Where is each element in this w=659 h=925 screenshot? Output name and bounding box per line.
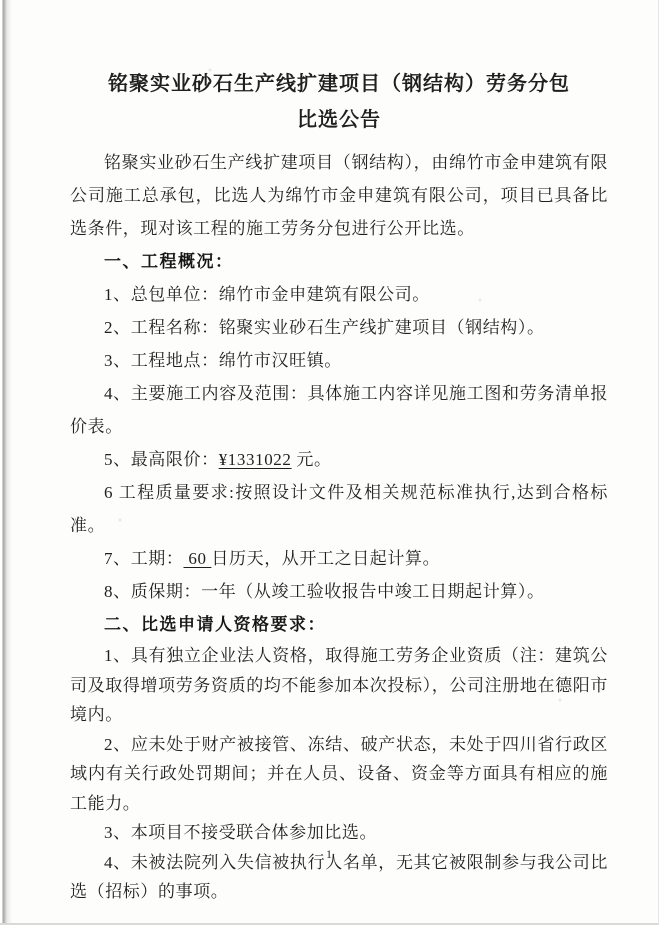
section1-item-quality-requirement: 6 工程质量要求:按照设计文件及相关规范标准执行,达到合格标准。 [70,476,608,542]
price-ceiling-value: ¥1331022 [219,450,292,469]
price-ceiling-suffix: 元。 [292,450,332,469]
document-title-line1: 铭聚实业砂石生产线扩建项目（钢结构）劳务分包 [70,66,608,102]
price-ceiling-label: 5、最高限价： [104,450,219,469]
section1-item-price-ceiling: 5、最高限价：¥1331022 元。 [70,443,608,476]
intro-paragraph: 铭聚实业砂石生产线扩建项目（钢结构），由绵竹市金申建筑有限公司施工总承包，比选人… [70,146,608,245]
section1-item-project-name: 2、工程名称：铭聚实业砂石生产线扩建项目（钢结构）。 [70,311,608,344]
section2-item-no-consortium: 3、本项目不接受联合体参加比选。 [70,818,608,848]
document-title-line2: 比选公告 [70,102,608,138]
section2-heading: 二、比选申请人资格要求： [70,608,608,641]
section1-heading: 一、工程概况： [70,245,608,278]
section1-item-general-contractor: 1、总包单位：绵竹市金申建筑有限公司。 [70,278,608,311]
page-number: 1 [0,847,658,861]
scanned-document-page: 铭聚实业砂石生产线扩建项目（钢结构）劳务分包 比选公告 铭聚实业砂石生产线扩建项… [0,0,659,925]
section1-item-project-location: 3、工程地点：绵竹市汉旺镇。 [70,344,608,377]
document-content: 铭聚实业砂石生产线扩建项目（钢结构）劳务分包 比选公告 铭聚实业砂石生产线扩建项… [0,0,658,907]
section1-item-warranty-period: 8、质保期：一年（从竣工验收报告中竣工日期起计算）。 [70,575,608,608]
section1-item-scope-of-work: 4、主要施工内容及范围：具体施工内容详见施工图和劳务清单报价表。 [70,377,608,443]
duration-suffix: 日历天，从开工之日起计算。 [211,549,440,568]
section2-item-financial-status: 2、应未处于财产被接管、冻结、破产状态，未处于四川省行政区域内有关行政处罚期间；… [70,730,608,819]
duration-label: 7、工期： [104,549,184,568]
section2-items: 1、具有独立企业法人资格，取得施工劳务企业资质（注：建筑公司及取得增项劳务资质的… [70,641,608,907]
duration-value: 60 [184,549,212,568]
section2-item-qualification: 1、具有独立企业法人资格，取得施工劳务企业资质（注：建筑公司及取得增项劳务资质的… [70,641,608,730]
section1-item-duration: 7、工期： 60 日历天，从开工之日起计算。 [70,542,608,575]
